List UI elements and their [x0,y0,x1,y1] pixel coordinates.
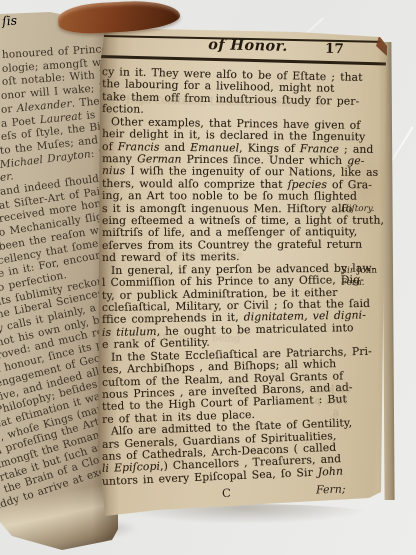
book-photo: ſis honoured of Princesologie; amongſt w… [0,0,416,555]
text-segment: John [318,464,344,478]
text-segment: Fern. [341,278,365,288]
text-segment: ing, an Art too noble to be ſo much ſlig… [102,189,357,203]
running-header: of Honor. [200,36,296,55]
right-page-text: cy in it. They were alſo to be of Eſtate… [102,66,386,516]
signature-mark: C [222,486,231,500]
page-number: 17 [325,41,344,57]
gutter-shadow [97,26,119,518]
text-segment: Hiſtory. [341,204,374,214]
right-page: of Honor. 17 cy in it. They were alſo to… [97,26,390,518]
text-line: ing, an Art too noble to be ſo much ſlig… [102,190,357,203]
text-segment: Francis [118,140,160,153]
text-segment: and [159,140,190,153]
catchword: Fern; [316,483,346,497]
text-line: er. [0,172,14,185]
text-segment: or [0,102,17,115]
text-segment: er. [0,171,14,185]
